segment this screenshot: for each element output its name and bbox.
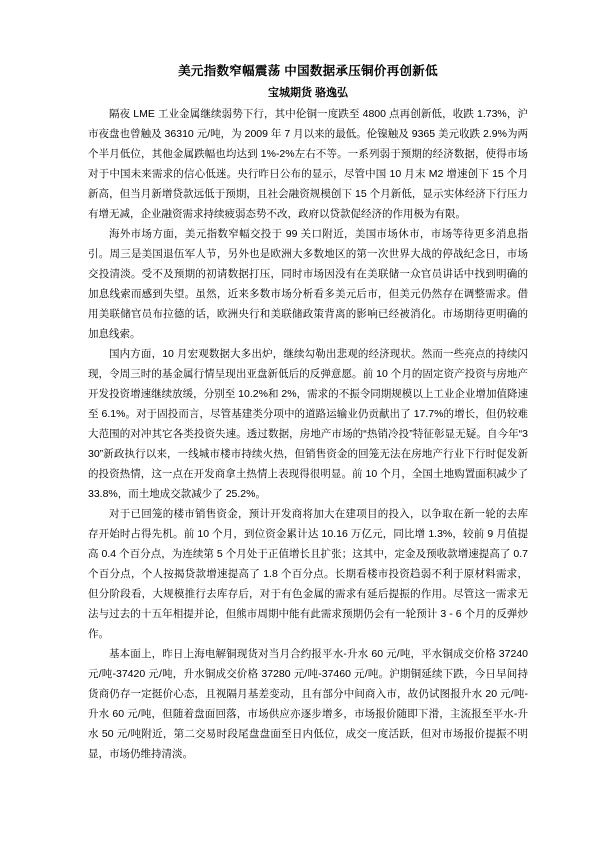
paragraph-1: 隔夜 LME 工业金属继续弱势下行，其中伦铜一度跌至 4800 点再创新低，收跌… xyxy=(88,104,528,224)
document-author: 宝城期货 骆逸弘 xyxy=(88,85,528,101)
document-title: 美元指数窄幅震荡 中国数据承压铜价再创新低 xyxy=(88,62,528,80)
paragraph-3: 国内方面，10 月宏观数据大多出炉，继续勾勒出悲观的经济现状。然而一些亮点的持续… xyxy=(88,344,528,504)
document-page: 美元指数窄幅震荡 中国数据承压铜价再创新低 宝城期货 骆逸弘 隔夜 LME 工业… xyxy=(0,0,595,842)
paragraph-4: 对于已回笼的楼市销售资金，预计开发商将加大在建项目的投入，以争取在新一轮的去库存… xyxy=(88,504,528,644)
document-body: 隔夜 LME 工业金属继续弱势下行，其中伦铜一度跌至 4800 点再创新低，收跌… xyxy=(88,104,528,764)
paragraph-2: 海外市场方面，美元指数窄幅交投于 99 关口附近，美国市场休市，市场等待更多消息… xyxy=(88,224,528,344)
paragraph-5: 基本面上，昨日上海电解铜现货对当月合约报平水-升水 60 元/吨，平水铜成交价格… xyxy=(88,644,528,764)
